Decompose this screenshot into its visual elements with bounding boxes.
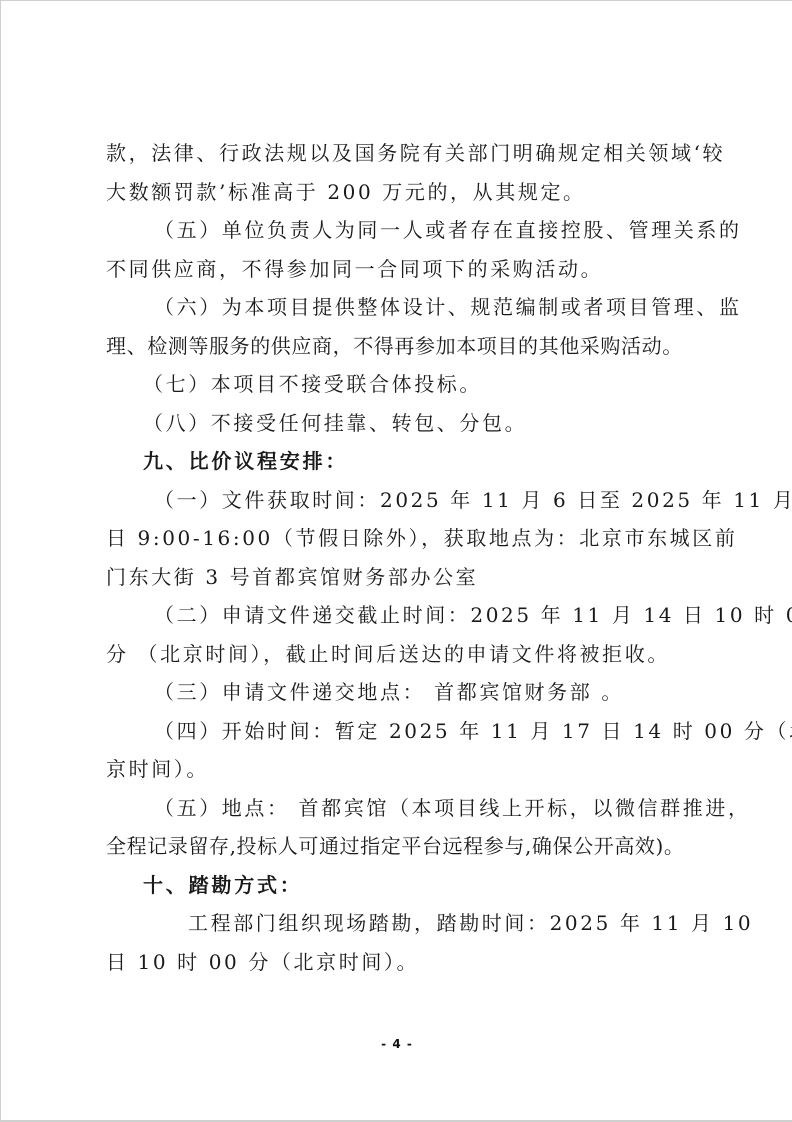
document-body: 款，法律、行政法规以及国务院有关部门明确规定相关领域‘较 大数额罚款’标准高于 … xyxy=(106,134,706,981)
paragraph-line: 日 10 时 00 分（北京时间）。 xyxy=(106,943,706,982)
paragraph-line: 款，法律、行政法规以及国务院有关部门明确规定相关领域‘较 xyxy=(106,134,706,173)
schedule-item-five-line: （五）地点： 首都宾馆（本项目线上开标，以微信群推进， xyxy=(106,789,706,828)
paragraph-line: 京时间）。 xyxy=(106,750,706,789)
page-number: - 4 - xyxy=(1,1037,792,1051)
paragraph-line: 理、检测等服务的供应商，不得再参加本项目的其他采购活动。 xyxy=(106,327,706,366)
paragraph-line: 不同供应商，不得参加同一合同项下的采购活动。 xyxy=(106,250,706,289)
section-heading-nine: 九、比价议程安排： xyxy=(106,442,706,481)
schedule-item-three-line: （三）申请文件递交地点： 首都宾馆财务部 。 xyxy=(106,673,706,712)
schedule-item-one-line: （一）文件获取时间：2025 年 11 月 6 日至 2025 年 11 月 1… xyxy=(106,481,706,520)
paragraph-line: 全程记录留存,投标人可通过指定平台远程参与,确保公开高效)。 xyxy=(106,827,706,866)
paragraph-line: 大数额罚款’标准高于 200 万元的，从其规定。 xyxy=(106,173,706,212)
paragraph-line: 日 9:00-16:00（节假日除外），获取地点为：北京市东城区前 xyxy=(106,519,706,558)
paragraph-line: 分 （北京时间），截止时间后送达的申请文件将被拒收。 xyxy=(106,635,706,674)
schedule-item-two-line: （二）申请文件递交截止时间：2025 年 11 月 14 日 10 时 00 xyxy=(106,596,706,635)
paragraph-line: 门东大街 3 号首都宾馆财务部办公室 xyxy=(106,558,706,597)
site-visit-line: 工程部门组织现场踏勘，踏勘时间：2025 年 11 月 10 xyxy=(106,904,706,943)
section-heading-ten: 十、踏勘方式： xyxy=(106,866,706,905)
clause-eight-line: （八）不接受任何挂靠、转包、分包。 xyxy=(106,404,706,443)
clause-seven-line: （七）本项目不接受联合体投标。 xyxy=(106,365,706,404)
document-page: 款，法律、行政法规以及国务院有关部门明确规定相关领域‘较 大数额罚款’标准高于 … xyxy=(0,0,792,1122)
schedule-item-four-line: （四）开始时间：暂定 2025 年 11 月 17 日 14 时 00 分（北 xyxy=(106,712,706,751)
clause-five-line: （五）单位负责人为同一人或者存在直接控股、管理关系的 xyxy=(106,211,706,250)
clause-six-line: （六）为本项目提供整体设计、规范编制或者项目管理、监 xyxy=(106,288,706,327)
